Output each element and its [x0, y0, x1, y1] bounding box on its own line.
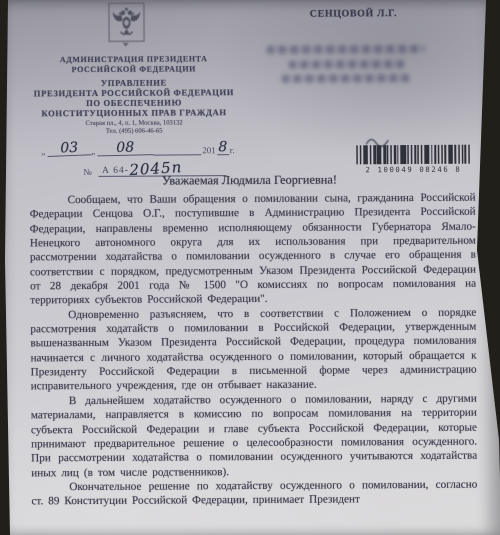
coat-of-arms-icon	[108, 3, 144, 42]
blurred-address-line	[289, 60, 405, 69]
paragraph: Окончательное решение по ходатайству осу…	[31, 477, 477, 508]
printed-year: 201	[201, 145, 217, 155]
double-headed-eagle-icon	[111, 6, 141, 39]
handwritten-month: 08	[97, 140, 153, 156]
letter-paper: АДМИНИСТРАЦИЯ ПРЕЗИДЕНТА РОССИЙСКОЙ ФЕДЕ…	[0, 0, 500, 535]
quote-mark: „	[41, 146, 45, 156]
letterhead-org-line: АДМИНИСТРАЦИЯ ПРЕЗИДЕНТА	[14, 54, 254, 64]
paragraph: Сообщаем, что Ваши обращения о помилован…	[30, 191, 477, 308]
paragraph: Одновременно разъясняем, что в соответст…	[30, 305, 477, 394]
quote-mark: „	[91, 146, 95, 156]
letter-content: АДМИНИСТРАЦИЯ ПРЕЗИДЕНТА РОССИЙСКОЙ ФЕДЕ…	[0, 0, 500, 535]
handwritten-day: 03	[47, 140, 92, 157]
number-label: №	[83, 167, 92, 177]
handwritten-year-digit: 8	[217, 140, 229, 155]
blurred-address-line	[267, 45, 425, 54]
letterhead-phone: Тел. (495) 606-46-65	[14, 127, 254, 135]
letterhead-address: Старая пл., 4, п. 1, Москва, 103132	[14, 119, 254, 127]
emblem-mark	[123, 43, 129, 47]
photo-background: АДМИНИСТРАЦИЯ ПРЕЗИДЕНТА РОССИЙСКОЙ ФЕДЕ…	[0, 0, 500, 535]
letterhead-org-line: РОССИЙСКОЙ ФЕДЕРАЦИИ	[14, 64, 254, 74]
blank-line	[153, 140, 201, 155]
barcode-bars	[356, 145, 470, 165]
recipient-name: СЕНЦОВОЙ Л.Г.	[288, 8, 418, 20]
year-suffix: г.	[229, 145, 236, 155]
letter-body: Сообщаем, что Ваши обращения о помилован…	[30, 191, 478, 509]
letterhead-dept-line: КОНСТИТУЦИОННЫХ ПРАВ ГРАЖДАН	[14, 107, 254, 118]
salutation: Уважаемая Людмила Георгиевна!	[119, 172, 379, 189]
barcode: 2 100049 08246 8	[356, 145, 470, 175]
date-line: „03 „08 2018 г.	[41, 140, 236, 156]
blurred-address-line	[282, 74, 410, 83]
paragraph: В дальнейшем ходатайство осужденного о п…	[31, 391, 478, 480]
